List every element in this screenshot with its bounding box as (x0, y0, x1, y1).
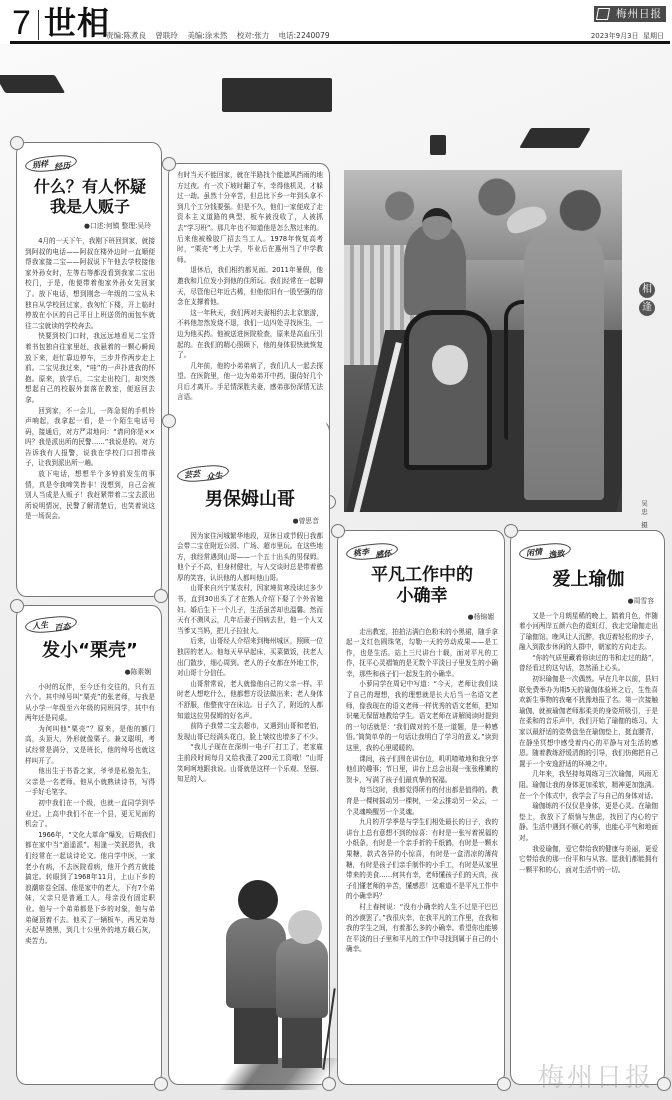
article-headline: 男保姆山哥 (177, 489, 323, 512)
column-tag: 桃李感怀 (345, 541, 398, 561)
article-headline: 平凡工作中的 小确幸 (346, 565, 498, 608)
column-tag: 人生百态 (24, 614, 77, 634)
stroller-icon (404, 310, 492, 470)
page-number: 7 (12, 6, 31, 40)
article-body: 走出教室，拍拍沾满白色粉末的小黑裙，随手拿起一支红色圆珠笔，勾勒一天的劳动成果—… (346, 627, 498, 1067)
photo-credit: 吴忠 摄 (640, 500, 649, 530)
page-header: 7 世相 责编:陈煮良 曾联玲 美编:涂未然 校对:张力 电话:2240079 … (0, 0, 672, 44)
brush-stroke-decoration (519, 128, 591, 148)
article-byline: ●陈素娴 (25, 666, 151, 676)
article-body: 小时的玩伴，至今还有交往的，只有五六个。其中绰号叫“栗壳”的张老师，与我是从小学… (25, 682, 155, 1082)
credit-editor: 曾联玲 (155, 31, 178, 40)
article-byline: ●曾思音 (177, 515, 319, 525)
news-photo-stroller-encounter (344, 170, 622, 512)
article-panel-suspected-trafficker: 别样经历 什么？有人怀疑 我是人贩子 ●口述:何镇 整理:吴玲 4月的一天下午，… (16, 142, 162, 597)
credit-art-editor: 美编:涂未然 (187, 31, 227, 40)
article-byline: ●杨锦媚 (346, 611, 494, 621)
article-headline: 发小“栗壳” (25, 640, 155, 663)
date-text: 2023年9月3日 (591, 32, 639, 40)
article-body: 又是一个月朗星稀的晚上，踏着月色，伴随着小河两岸五颜六色的霓虹灯，我走完瑜伽走出… (519, 611, 658, 1071)
editor-credits: 责编:陈煮良 曾联玲 美编:涂未然 校对:张力 电话:2240079 (106, 30, 337, 41)
article-body: 因为家住河城繁华地段，双休日或节假日我都会带二宝在附近公园、广场、超市里玩。在这… (177, 531, 323, 886)
article-headline: 爱上瑜伽 (519, 569, 658, 592)
brush-stroke-decoration (430, 135, 446, 155)
column-tag: 闲情逸致 (518, 541, 571, 561)
newspaper-name: 梅州日报 (616, 8, 662, 20)
article-byline: ●口述:何镇 整理:吴玲 (25, 220, 151, 230)
logo-book-icon (596, 8, 610, 20)
newspaper-logo: 梅州日报 (594, 6, 666, 22)
credit-phone: 电话:2240079 (279, 31, 330, 40)
weekday-text: 星期日 (643, 32, 664, 40)
brush-stroke-decoration (222, 78, 332, 112)
article-panel-small-happiness: 桃李感怀 平凡工作中的 小确幸 ●杨锦媚 走出教室，拍拍沾满白色粉末的小黑裙，随… (337, 530, 505, 1085)
elderly-companion-illustration (210, 880, 330, 1090)
column-tag: 芸芸众生 (176, 463, 229, 483)
column-tag: 别样经历 (24, 153, 77, 173)
newspaper-watermark: 梅州日报 (538, 1057, 654, 1094)
article-byline: ●周雪容 (519, 595, 654, 605)
credit-proofreader: 校对:张力 (237, 31, 270, 40)
issue-date: 2023年9月3日 星期日 (591, 31, 664, 41)
section-title: 世相 (44, 6, 110, 40)
article-panel-yoga: 闲情逸致 爱上瑜伽 ●周雪容 又是一个月朗星稀的晚上，踏着月色，伴随着小河两岸五… (510, 530, 665, 1085)
article-headline: 什么？有人怀疑 我是人贩子 (25, 177, 155, 217)
brush-stroke-decoration (0, 75, 65, 93)
credit-chief-editor: 责编:陈煮良 (106, 31, 146, 40)
article-panel-childhood-friend: 人生百态 发小“栗壳” ●陈素娴 小时的玩伴，至今还有交往的，只有五六个。其中绰… (16, 605, 162, 1085)
article-body: 4月的一天下午，我刚下班回到家，就接到阿叔的电话——阿叔在楼外边时一直顺便帮我家… (25, 236, 155, 591)
header-divider (38, 10, 39, 40)
photo-column-label: 相 逢 (639, 282, 655, 318)
